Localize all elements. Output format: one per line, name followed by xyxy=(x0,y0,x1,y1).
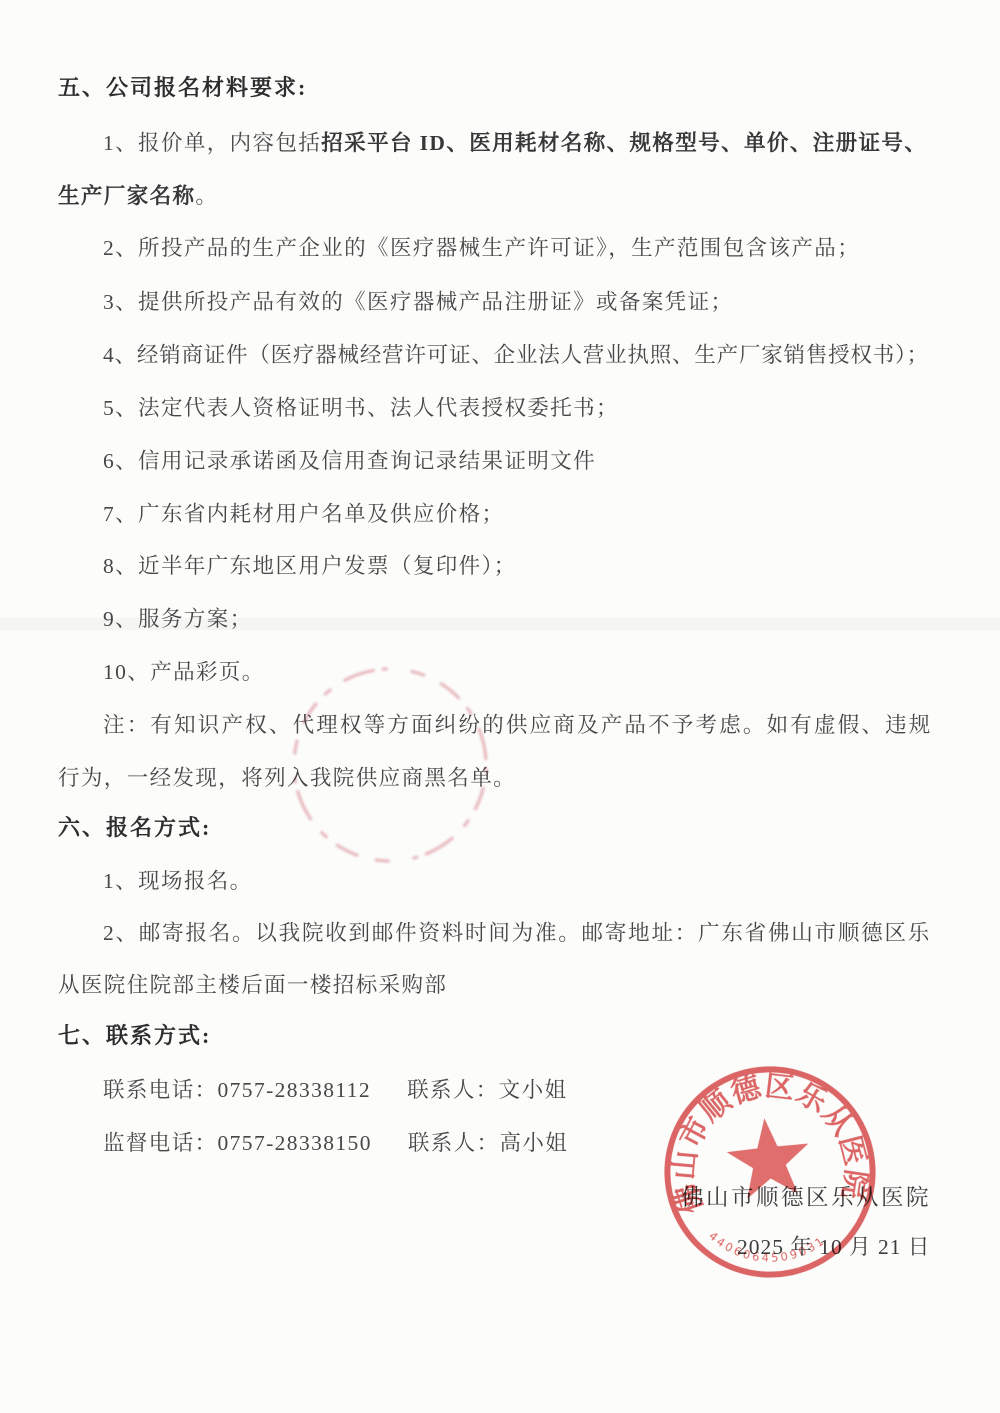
section-heading-6: 六、报名方式: xyxy=(58,813,211,843)
item-1-cont-bold: 生产厂家名称 xyxy=(58,184,195,208)
faint-stamp xyxy=(269,644,511,886)
supervise-phone: 监督电话：0757-28338150 xyxy=(103,1131,372,1155)
supervise-person: 联系人：高小姐 xyxy=(408,1131,568,1155)
seal-stamp: 佛山市顺德区乐从医院 4406064509031 xyxy=(651,1053,888,1290)
faint-stamp-circle xyxy=(274,649,507,882)
contact-phone-line: 联系电话：0757-28338112联系人：文小姐 xyxy=(103,1075,567,1105)
note-line-1: 注：有知识产权、代理权等方面纠纷的供应商及产品不予考虑。如有虚假、违规 xyxy=(103,710,933,740)
contact-phone: 联系电话：0757-28338112 xyxy=(103,1078,371,1102)
item-8: 8、近半年广东地区用户发票（复印件）； xyxy=(103,551,517,581)
item-2: 2、所投产品的生产企业的《医疗器械生产许可证》，生产范围包含该产品； xyxy=(103,233,860,263)
item-3: 3、提供所投产品有效的《医疗器械产品注册证》或备案凭证； xyxy=(103,287,733,317)
item-7: 7、广东省内耗材用户名单及供应价格； xyxy=(103,499,504,529)
item-9: 9、服务方案； xyxy=(103,604,253,634)
supervise-phone-line: 监督电话：0757-28338150联系人：高小姐 xyxy=(103,1128,568,1158)
item-5: 5、法定代表人资格证明书、法人代表授权委托书； xyxy=(103,393,619,423)
item-1-line-1: 1、报价单，内容包括招采平台 ID、医用耗材名称、规格型号、单价、注册证号、 xyxy=(103,128,927,158)
method-2-line-1: 2、邮寄报名。以我院收到邮件资料时间为准。邮寄地址：广东省佛山市顺德区乐 xyxy=(103,918,931,948)
item-10: 10、产品彩页。 xyxy=(103,657,265,687)
item-4: 4、经销商证件（医疗器械经营许可证、企业法人营业执照、生产厂家销售授权书）； xyxy=(103,340,929,370)
section-heading-7: 七、联系方式: xyxy=(58,1021,211,1051)
seal-star-icon xyxy=(724,1114,814,1200)
document-page: 五、公司报名材料要求: 1、报价单，内容包括招采平台 ID、医用耗材名称、规格型… xyxy=(0,0,1000,1413)
contact-person: 联系人：文小姐 xyxy=(407,1078,567,1102)
item-1-bold-text: 招采平台 ID、医用耗材名称、规格型号、单价、注册证号、 xyxy=(321,131,927,155)
method-2-line-2: 从医院住院部主楼后面一楼招标采购部 xyxy=(58,970,447,1000)
item-1-cont-tail: 。 xyxy=(195,184,218,208)
method-1: 1、现场报名。 xyxy=(103,866,253,896)
item-6: 6、信用记录承诺函及信用查询记录结果证明文件 xyxy=(103,446,596,476)
item-1-line-2: 生产厂家名称。 xyxy=(58,181,218,211)
item-1-prefix: 1、报价单，内容包括 xyxy=(103,131,321,155)
section-heading-5: 五、公司报名材料要求: xyxy=(58,73,307,103)
